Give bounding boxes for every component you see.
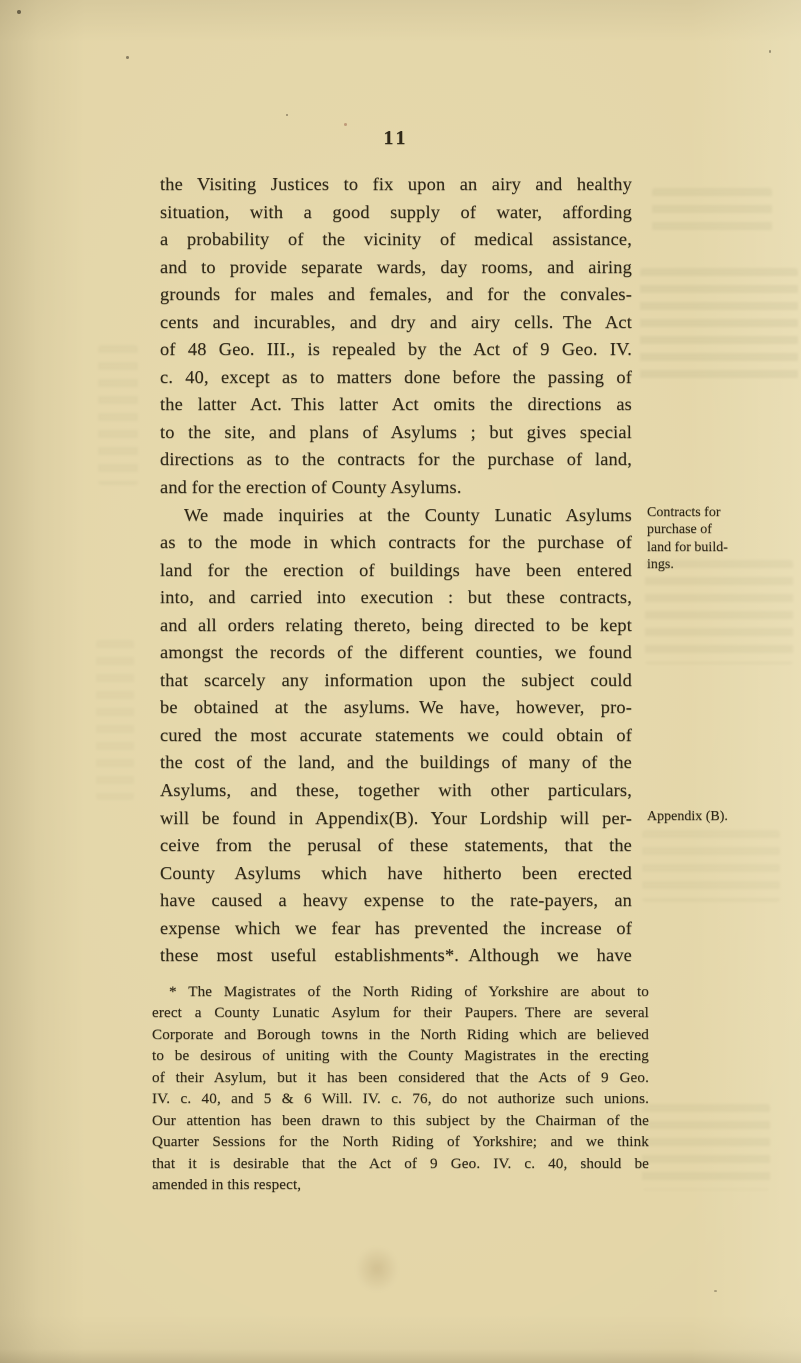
body-line: and all orders relating thereto, being d… <box>160 612 632 640</box>
body-line: have caused a heavy expense to the rate-… <box>160 887 632 915</box>
footnote-line: * The Magistrates of the North Riding of… <box>152 981 649 1002</box>
body-line: County Asylums which have hitherto been … <box>160 860 632 888</box>
body-line: the latter Act. This latter Act omits th… <box>160 391 632 419</box>
body-line: situation, with a good supply of water, … <box>160 199 632 227</box>
ink-speck <box>17 10 21 14</box>
bleed-through-artifact <box>652 188 772 232</box>
body-line: these most useful establishments*. Altho… <box>160 942 632 970</box>
body-text: the Visiting Justices to fix upon an air… <box>160 171 632 970</box>
footnote-line: Our attention has been drawn to this sub… <box>152 1110 649 1131</box>
ink-speck <box>769 50 771 53</box>
margin-note-line: Contracts for <box>647 504 799 521</box>
scanned-page: 11 the Visiting Justices to fix upon an … <box>0 0 801 1363</box>
ink-speck <box>286 114 288 116</box>
body-line: expense which we fear has prevented the … <box>160 915 632 943</box>
footnote-line: Corporate and Borough towns in the North… <box>152 1024 649 1045</box>
body-line: land for the erection of buildings have … <box>160 557 632 585</box>
margin-note-line: land for build- <box>647 539 799 556</box>
bleed-through-artifact <box>642 830 780 902</box>
footnote: * The Magistrates of the North Riding of… <box>152 981 649 1195</box>
paper-stain <box>348 1238 406 1300</box>
bleed-through-artifact <box>98 345 138 485</box>
margin-note-line: Appendix (B). <box>647 808 799 825</box>
body-line: will be found in Appendix(B). Your Lords… <box>160 805 632 833</box>
footnote-line: IV. c. 40, and 5 & 6 Will. IV. c. 76, do… <box>152 1088 649 1109</box>
body-line: into, and carried into execution : but t… <box>160 584 632 612</box>
footnote-line: Quarter Sessions for the North Riding of… <box>152 1131 649 1152</box>
body-line: cured the most accurate statements we co… <box>160 722 632 750</box>
body-line: c. 40, except as to matters done before … <box>160 364 632 392</box>
footnote-line: that it is desirable that the Act of 9 G… <box>152 1153 649 1174</box>
page-number: 11 <box>160 127 632 150</box>
body-line-paragraph-end: and for the erection of County Asylums. <box>160 474 632 502</box>
body-line: amongst the records of the different cou… <box>160 639 632 667</box>
bleed-through-artifact <box>645 560 793 664</box>
ink-speck <box>126 56 129 59</box>
body-line: of 48 Geo. III., is repealed by the Act … <box>160 336 632 364</box>
footnote-line: erect a County Lunatic Asylum for their … <box>152 1002 649 1023</box>
ink-speck <box>344 123 347 126</box>
ink-speck <box>714 1290 717 1292</box>
body-line: grounds for males and females, and for t… <box>160 281 632 309</box>
footnote-line: to be desirous of uniting with the Count… <box>152 1045 649 1066</box>
body-line: as to the mode in which contracts for th… <box>160 529 632 557</box>
body-line: Asylums, and these, together with other … <box>160 777 632 805</box>
body-line: be obtained at the asylums. We have, how… <box>160 694 632 722</box>
footnote-line: amended in this respect, <box>152 1174 649 1195</box>
margin-note-line: purchase of <box>647 521 799 538</box>
bleed-through-artifact <box>642 1104 770 1190</box>
body-line: that scarcely any information upon the s… <box>160 667 632 695</box>
body-line: ceive from the perusal of these statemen… <box>160 832 632 860</box>
body-line: and to provide separate wards, day rooms… <box>160 254 632 282</box>
body-line: the cost of the land, and the buildings … <box>160 749 632 777</box>
bleed-through-artifact <box>96 640 134 800</box>
body-line: a probability of the vicinity of medical… <box>160 226 632 254</box>
margin-note-appendix: Appendix (B). <box>647 808 799 825</box>
footnote-line: of their Asylum, but it has been conside… <box>152 1067 649 1088</box>
bleed-through-artifact <box>640 268 798 386</box>
body-line-paragraph-start: We made inquiries at the County Lunatic … <box>160 502 632 530</box>
body-line: to the site, and plans of Asylums ; but … <box>160 419 632 447</box>
body-line: the Visiting Justices to fix upon an air… <box>160 171 632 199</box>
body-line: cents and incurables, and dry and airy c… <box>160 309 632 337</box>
body-line: directions as to the contracts for the p… <box>160 446 632 474</box>
